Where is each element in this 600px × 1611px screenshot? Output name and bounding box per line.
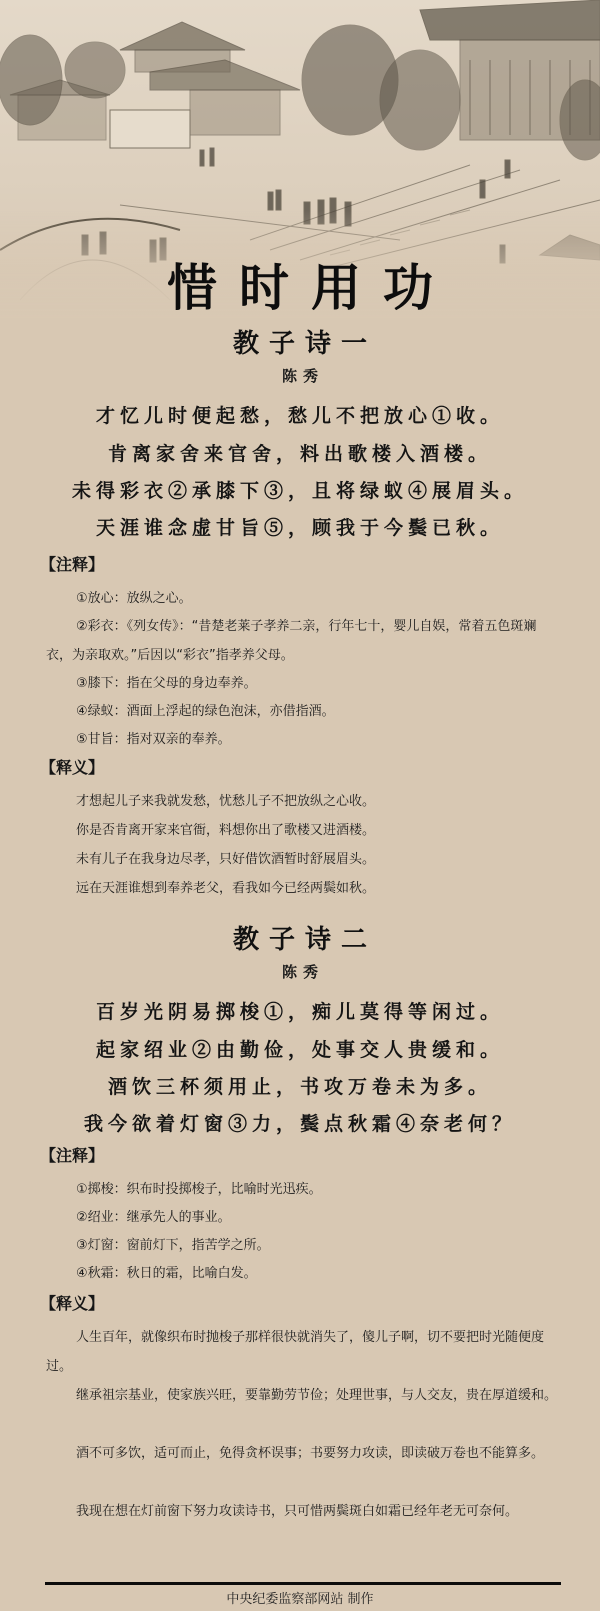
poem-2-note-2: ②绍业：继承先人的事业。 bbox=[46, 1203, 560, 1232]
poem-1-note-2: ②彩衣：《列女传》：“昔楚老莱子孝养二亲，行年七十，婴儿自娱，常着五色斑斓衣，为… bbox=[46, 612, 560, 670]
page-title: 惜时用功 bbox=[0, 258, 600, 318]
poem-1-meaning-4: 远在天涯谁想到奉养老父，看我如今已经两鬓如秋。 bbox=[46, 874, 560, 903]
poem-2-note-3: ③灯窗：窗前灯下，指苦学之所。 bbox=[46, 1231, 560, 1260]
poem-2-meaning-4: 我现在想在灯前窗下努力攻读诗书，只可惜两鬓斑白如霜已经年老无可奈何。 bbox=[46, 1497, 560, 1526]
poem-2-author: 陈秀 bbox=[0, 962, 600, 982]
poem-1-author: 陈秀 bbox=[0, 366, 600, 386]
poem-2-note-1: ①掷梭：织布时投掷梭子，比喻时光迅疾。 bbox=[46, 1175, 560, 1204]
poem-2-meaning-1: 人生百年，就像织布时抛梭子那样很快就消失了，傻儿子啊，切不要把时光随便度过。 bbox=[46, 1323, 560, 1381]
poem-1-line-2: 肯离家舍来官舍，料出歌楼入酒楼。 bbox=[0, 441, 600, 467]
footer-credit: 中央纪委监察部网站 制作 bbox=[0, 1590, 600, 1610]
poem-1-meaning-1: 才想起儿子来我就发愁，忧愁儿子不把放纵之心收。 bbox=[46, 787, 560, 816]
poem-1-note-4: ④绿蚁：酒面上浮起的绿色泡沫，亦借指酒。 bbox=[46, 697, 560, 726]
poem-1-note-1: ①放心：放纵之心。 bbox=[46, 584, 560, 613]
poem-1-line-1: 才忆儿时便起愁，愁儿不把放心①收。 bbox=[0, 403, 600, 429]
poem-2-meaning-2: 继承祖宗基业，使家族兴旺，要靠勤劳节俭；处理世事，与人交友，贵在厚道缓和。 bbox=[46, 1381, 560, 1410]
poem-2-line-3: 酒饮三杯须用止，书攻万卷未为多。 bbox=[0, 1074, 600, 1100]
poem-2-notes-heading: 【注释】 bbox=[40, 1145, 104, 1167]
poem-2-line-2: 起家绍业②由勤俭，处事交人贵缓和。 bbox=[0, 1037, 600, 1063]
poem-1-title: 教子诗一 bbox=[0, 328, 600, 360]
poem-1-meaning-2: 你是否肯离开家来官衙，料想你出了歌楼又进酒楼。 bbox=[46, 816, 560, 845]
poem-1-notes-heading: 【注释】 bbox=[40, 554, 104, 576]
poem-2-note-4: ④秋霜：秋日的霜，比喻白发。 bbox=[46, 1259, 560, 1288]
poem-2-meaning-heading: 【释义】 bbox=[40, 1293, 104, 1315]
poem-2-meaning-3: 酒不可多饮，适可而止，免得贪杯误事；书要努力攻读，即读破万卷也不能算多。 bbox=[46, 1439, 560, 1468]
poem-1-meaning-heading: 【释义】 bbox=[40, 757, 104, 779]
poem-1-line-3: 未得彩衣②承膝下③，且将绿蚁④展眉头。 bbox=[0, 478, 600, 504]
poem-2-line-1: 百岁光阴易掷梭①，痴儿莫得等闲过。 bbox=[0, 999, 600, 1025]
poem-2-title: 教子诗二 bbox=[0, 924, 600, 956]
poem-1-note-5: ⑤甘旨：指对双亲的奉养。 bbox=[46, 725, 560, 754]
footer-divider bbox=[45, 1582, 561, 1585]
poem-2-line-4: 我今欲着灯窗③力，鬓点秋霜④奈老何？ bbox=[0, 1111, 600, 1137]
poem-1-meaning-3: 未有儿子在我身边尽孝，只好借饮酒暂时舒展眉头。 bbox=[46, 845, 560, 874]
poem-1-note-3: ③膝下：指在父母的身边奉养。 bbox=[46, 669, 560, 698]
poem-1-line-4: 天涯谁念虚甘旨⑤，顾我于今鬓已秋。 bbox=[0, 515, 600, 541]
